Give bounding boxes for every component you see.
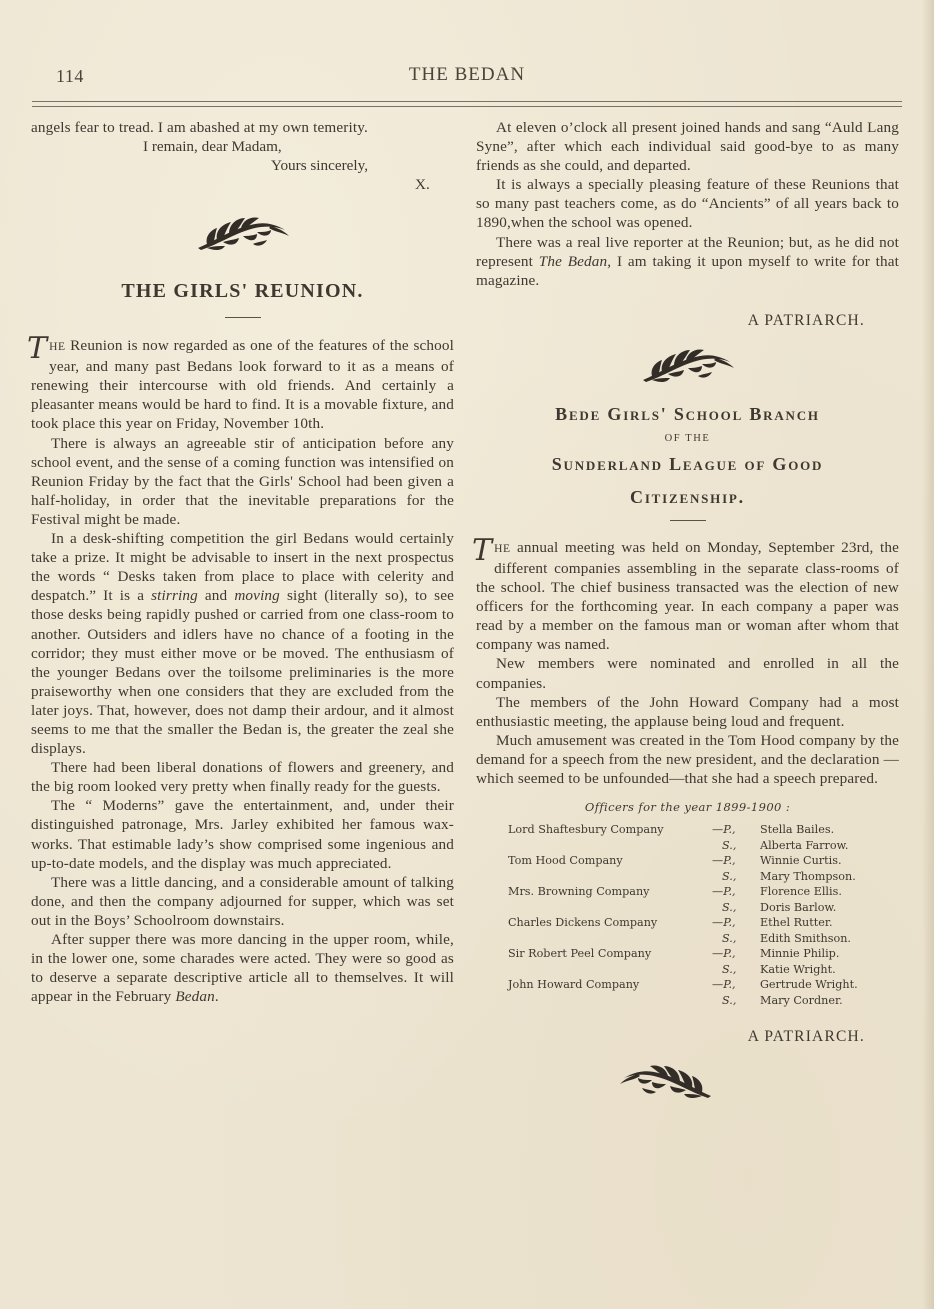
president-name: Minnie Philip. bbox=[760, 946, 858, 962]
closing-signature: X. bbox=[31, 175, 454, 194]
fleuron-leaf-icon bbox=[638, 346, 738, 386]
secretary-label: S., bbox=[722, 994, 736, 1007]
table-row: Sir Robert Peel Company —P., Minnie Phil… bbox=[508, 946, 858, 962]
table-row: Charles Dickens Company —P., Ethel Rutte… bbox=[508, 915, 858, 931]
president-label: —P., bbox=[712, 885, 736, 898]
article-paragraph: THE annual meeting was held on Monday, S… bbox=[476, 538, 899, 655]
secretary-name: Doris Barlow. bbox=[760, 900, 858, 916]
president-label: —P., bbox=[712, 823, 736, 836]
article-paragraph: There was a real live reporter at the Re… bbox=[476, 233, 899, 290]
article-paragraph: There was a little dancing, and a consid… bbox=[31, 873, 454, 930]
drop-cap-rest: HE bbox=[494, 543, 510, 555]
article-paragraph: New members were nominated and enrolled … bbox=[476, 654, 899, 692]
article-paragraph: The members of the John Howard Company h… bbox=[476, 693, 899, 731]
article-paragraph: There is always an agreeable stir of ant… bbox=[31, 434, 454, 529]
article-paragraph: At eleven o’clock all present joined han… bbox=[476, 118, 899, 175]
company-name: John Howard Company bbox=[508, 977, 712, 993]
president-name: Stella Bailes. bbox=[760, 822, 858, 838]
table-row: S., Mary Cordner. bbox=[508, 993, 858, 1009]
drop-cap: T bbox=[27, 335, 47, 363]
right-column: At eleven o’clock all present joined han… bbox=[476, 118, 899, 1102]
drop-cap-rest: HE bbox=[49, 341, 65, 353]
company-name: Charles Dickens Company bbox=[508, 915, 712, 931]
fleuron-leaf-icon bbox=[193, 214, 293, 254]
league-title-line2: OF THE bbox=[476, 433, 899, 444]
secretary-name: Edith Smithson. bbox=[760, 931, 858, 947]
president-label: —P., bbox=[712, 947, 736, 960]
author-signature: A PATRIARCH. bbox=[476, 1028, 899, 1046]
president-name: Ethel Rutter. bbox=[760, 915, 858, 931]
fleuron-leaf-icon bbox=[616, 1062, 716, 1102]
table-row: Tom Hood Company —P., Winnie Curtis. bbox=[508, 853, 858, 869]
article-paragraph: THE Reunion is now regarded as one of th… bbox=[31, 336, 454, 433]
president-label: —P., bbox=[712, 916, 736, 929]
president-name: Winnie Curtis. bbox=[760, 853, 858, 869]
company-name: Tom Hood Company bbox=[508, 853, 712, 869]
company-name: Sir Robert Peel Company bbox=[508, 946, 712, 962]
letter-ending-text: angels fear to tread. I am abashed at my… bbox=[31, 118, 454, 137]
president-label: —P., bbox=[712, 854, 736, 867]
page-edge-shadow bbox=[922, 0, 934, 1309]
secretary-label: S., bbox=[722, 839, 736, 852]
secretary-label: S., bbox=[722, 932, 736, 945]
closing-line: Yours sincerely, bbox=[31, 156, 454, 175]
closing-line: I remain, dear Madam, bbox=[31, 137, 454, 156]
left-column: angels fear to tread. I am abashed at my… bbox=[31, 118, 454, 1006]
table-row: John Howard Company —P., Gertrude Wright… bbox=[508, 977, 858, 993]
article-title: THE GIRLS' REUNION. bbox=[31, 280, 454, 303]
drop-cap: T bbox=[472, 537, 492, 565]
header-double-rule bbox=[32, 101, 902, 107]
president-label: —P., bbox=[712, 978, 736, 991]
running-title: THE BEDAN bbox=[32, 64, 902, 86]
author-signature: A PATRIARCH. bbox=[476, 312, 899, 330]
table-row: Lord Shaftesbury Company —P., Stella Bai… bbox=[508, 822, 858, 838]
officers-table: Lord Shaftesbury Company —P., Stella Bai… bbox=[508, 822, 858, 1008]
article-paragraph: In a desk-shifting competition the girl … bbox=[31, 529, 454, 758]
league-title-line4: Citizenship. bbox=[476, 487, 899, 508]
table-row: S., Doris Barlow. bbox=[508, 900, 858, 916]
league-title-line3: Sunderland League of Good bbox=[476, 454, 899, 475]
secretary-name: Mary Thompson. bbox=[760, 869, 858, 885]
table-row: S., Mary Thompson. bbox=[508, 869, 858, 885]
table-row: S., Alberta Farrow. bbox=[508, 838, 858, 854]
article-paragraph: After supper there was more dancing in t… bbox=[31, 930, 454, 1006]
secretary-label: S., bbox=[722, 901, 736, 914]
article-paragraph: There had been liberal donations of flow… bbox=[31, 758, 454, 796]
table-row: Mrs. Browning Company —P., Florence Elli… bbox=[508, 884, 858, 900]
league-title-line1: Bede Girls' School Branch bbox=[476, 404, 899, 425]
article-paragraph: It is always a specially pleasing featur… bbox=[476, 175, 899, 232]
company-name: Lord Shaftesbury Company bbox=[508, 822, 712, 838]
table-row: S., Katie Wright. bbox=[508, 962, 858, 978]
secretary-name: Mary Cordner. bbox=[760, 993, 858, 1009]
table-row: S., Edith Smithson. bbox=[508, 931, 858, 947]
letter-closing: I remain, dear Madam, Yours sincerely, X… bbox=[31, 137, 454, 194]
president-name: Gertrude Wright. bbox=[760, 977, 858, 993]
article-paragraph: Much amusement was created in the Tom Ho… bbox=[476, 731, 899, 788]
running-header: 114 THE BEDAN bbox=[32, 62, 902, 92]
article-paragraph: The “ Moderns” gave the entertainment, a… bbox=[31, 796, 454, 872]
secretary-label: S., bbox=[722, 870, 736, 883]
secretary-name: Alberta Farrow. bbox=[760, 838, 858, 854]
magazine-page: 114 THE BEDAN angels fear to tread. I am… bbox=[0, 0, 934, 1309]
secretary-name: Katie Wright. bbox=[760, 962, 858, 978]
president-name: Florence Ellis. bbox=[760, 884, 858, 900]
officers-heading: Officers for the year 1899-1900 : bbox=[476, 800, 899, 814]
company-name: Mrs. Browning Company bbox=[508, 884, 712, 900]
secretary-label: S., bbox=[722, 963, 736, 976]
